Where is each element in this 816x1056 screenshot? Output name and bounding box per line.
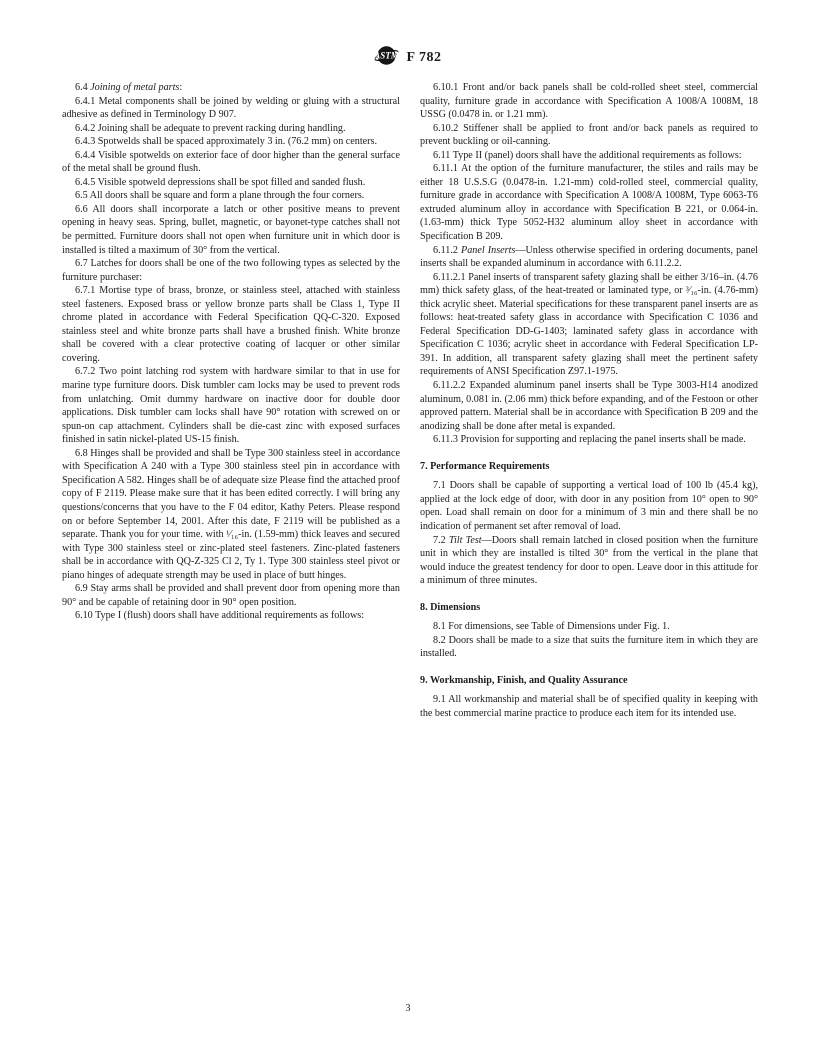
svg-text:ASTM: ASTM	[374, 51, 399, 61]
text-run: 6.4.4 Visible spotwelds on exterior face…	[62, 150, 400, 175]
text-run: 6.8 Hinges shall be provided and shall b…	[62, 448, 400, 581]
paragraph: 6.9 Stay arms shall be provided and shal…	[62, 582, 400, 609]
paragraph: 6.11.1 At the option of the furniture ma…	[420, 162, 758, 243]
paragraph: 6.11.2.1 Panel inserts of transparent sa…	[420, 271, 758, 379]
document-code: F 782	[406, 50, 441, 66]
text-run: 8. Dimensions	[420, 602, 480, 613]
paragraph: 6.10.1 Front and/or back panels shall be…	[420, 81, 758, 122]
paragraph: 7.1 Doors shall be capable of supporting…	[420, 479, 758, 533]
paragraph: 8.2 Doors shall be made to a size that s…	[420, 634, 758, 661]
paragraph: 7.2 Tilt Test—Doors shall remain latched…	[420, 534, 758, 588]
page-number: 3	[0, 1003, 816, 1014]
paragraph: 6.10 Type I (flush) doors shall have add…	[62, 609, 400, 623]
text-run: 6.4.2 Joining shall be adequate to preve…	[75, 123, 346, 134]
paragraph: 6.11.3 Provision for supporting and repl…	[420, 433, 758, 447]
paragraph: 6.11.2 Panel Inserts—Unless otherwise sp…	[420, 244, 758, 271]
text-run: 8.1 For dimensions, see Table of Dimensi…	[433, 621, 670, 632]
paragraph: 6.4.3 Spotwelds shall be spaced approxim…	[62, 135, 400, 149]
text-run: 6.11.1 At the option of the furniture ma…	[420, 163, 758, 242]
text-run: 6.10.1 Front and/or back panels shall be…	[420, 82, 758, 120]
text-run: 6.7.2 Two point latching rod system with…	[62, 366, 400, 445]
right-column: 6.10.1 Front and/or back panels shall be…	[420, 81, 758, 721]
paragraph: 9.1 All workmanship and material shall b…	[420, 693, 758, 720]
italic-text-run: Panel Inserts	[461, 245, 515, 256]
document-header: ASTM F 782	[0, 44, 816, 72]
document-page: ASTM F 782 6.4 Joining of metal parts:6.…	[0, 0, 816, 1056]
text-run: 9.1 All workmanship and material shall b…	[420, 694, 758, 719]
text-run: 7. Performance Requirements	[420, 461, 549, 472]
text-run: 6.7.1 Mortise type of brass, bronze, or …	[62, 285, 400, 364]
paragraph: 6.5 All doors shall be square and form a…	[62, 189, 400, 203]
text-run: 6.11.2.1 Panel inserts of transparent sa…	[420, 272, 758, 378]
left-column: 6.4 Joining of metal parts:6.4.1 Metal c…	[62, 81, 400, 721]
paragraph: 8.1 For dimensions, see Table of Dimensi…	[420, 620, 758, 634]
text-run: 8.2 Doors shall be made to a size that s…	[420, 635, 758, 660]
text-run: 6.11.2.2 Expanded aluminum panel inserts…	[420, 380, 758, 432]
paragraph: 6.4.1 Metal components shall be joined b…	[62, 95, 400, 122]
text-run: 6.7 Latches for doors shall be one of th…	[62, 258, 400, 283]
paragraph: 6.4.5 Visible spotweld depressions shall…	[62, 176, 400, 190]
paragraph: 6.4.4 Visible spotwelds on exterior face…	[62, 149, 400, 176]
text-run: 6.10.2 Stiffener shall be applied to fro…	[420, 123, 758, 148]
paragraph: 6.11 Type II (panel) doors shall have th…	[420, 149, 758, 163]
paragraph: 6.7 Latches for doors shall be one of th…	[62, 257, 400, 284]
paragraph: 6.8 Hinges shall be provided and shall b…	[62, 447, 400, 582]
paragraph: 6.6 All doors shall incorporate a latch …	[62, 203, 400, 257]
text-run: 6.11.3 Provision for supporting and repl…	[433, 434, 746, 445]
text-run: 6.4	[75, 82, 90, 93]
text-run: 9. Workmanship, Finish, and Quality Assu…	[420, 675, 627, 686]
text-run: 6.9 Stay arms shall be provided and shal…	[62, 583, 400, 608]
paragraph: 6.7.1 Mortise type of brass, bronze, or …	[62, 284, 400, 365]
text-run: 7.1 Doors shall be capable of supporting…	[420, 480, 758, 532]
paragraph: 6.4.2 Joining shall be adequate to preve…	[62, 122, 400, 136]
text-run: :	[179, 82, 182, 93]
paragraph: 6.7.2 Two point latching rod system with…	[62, 365, 400, 446]
italic-text-run: Joining of metal parts	[90, 82, 179, 93]
section-heading: 8. Dimensions	[420, 601, 758, 615]
paragraph: 6.4 Joining of metal parts:	[62, 81, 400, 95]
section-heading: 7. Performance Requirements	[420, 460, 758, 474]
text-run: 6.4.1 Metal components shall be joined b…	[62, 96, 400, 121]
section-heading: 9. Workmanship, Finish, and Quality Assu…	[420, 674, 758, 688]
text-run: 6.4.5 Visible spotweld depressions shall…	[75, 177, 365, 188]
astm-logo-icon: ASTM	[374, 44, 399, 72]
text-run: 6.10 Type I (flush) doors shall have add…	[75, 610, 364, 621]
paragraph: 6.11.2.2 Expanded aluminum panel inserts…	[420, 379, 758, 433]
text-run: 6.4.3 Spotwelds shall be spaced approxim…	[75, 136, 377, 147]
text-run: 6.6 All doors shall incorporate a latch …	[62, 204, 400, 256]
paragraph: 6.10.2 Stiffener shall be applied to fro…	[420, 122, 758, 149]
text-run: 7.2	[433, 535, 449, 546]
document-body: 6.4 Joining of metal parts:6.4.1 Metal c…	[62, 81, 758, 721]
text-run: 6.11.2	[433, 245, 461, 256]
text-run: 6.11 Type II (panel) doors shall have th…	[433, 150, 742, 161]
text-run: 6.5 All doors shall be square and form a…	[75, 190, 364, 201]
italic-text-run: Tilt Test	[449, 535, 482, 546]
